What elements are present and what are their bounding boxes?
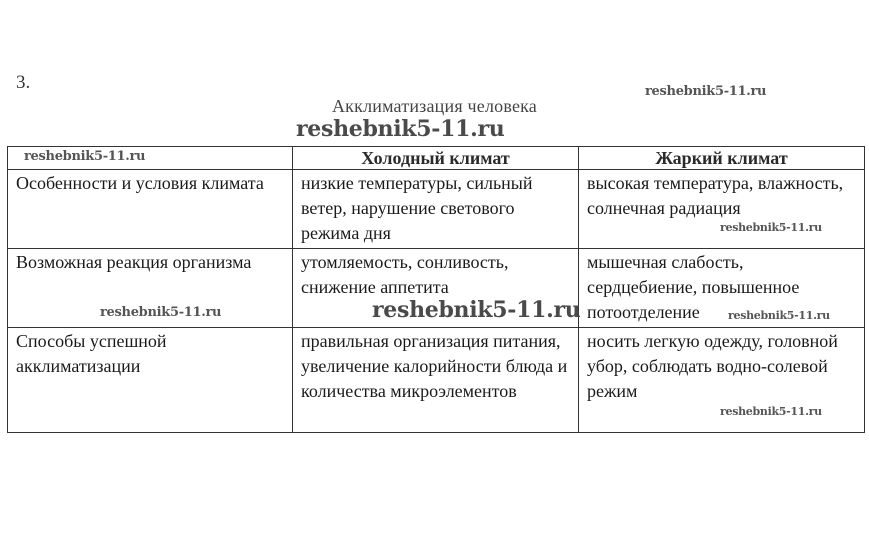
document-title: Акклиматизация человека: [0, 96, 869, 117]
watermark: reshebnik5-11.ru: [720, 221, 822, 234]
acclimatization-table: Холодный климат Жаркий климат Особенност…: [7, 146, 865, 433]
watermark: reshebnik5-11.ru: [728, 309, 830, 322]
cell-cold-climate-features: низкие температуры, сильный ветер, наруш…: [293, 170, 579, 249]
column-header-hot-climate: Жаркий климат: [579, 147, 865, 170]
column-header-cold-climate: Холодный климат: [293, 147, 579, 170]
row-label-climate-features: Особенности и условия климата: [8, 170, 293, 249]
watermark: reshebnik5-11.ru: [645, 84, 766, 99]
watermark: reshebnik5-11.ru: [720, 405, 822, 418]
table-row: Особенности и условия климата низкие тем…: [8, 170, 865, 249]
cell-cold-acclimatization-methods: правильная организация питания, увеличен…: [293, 328, 579, 433]
watermark: reshebnik5-11.ru: [296, 116, 504, 142]
watermark: reshebnik5-11.ru: [100, 305, 221, 320]
cell-hot-climate-features: высокая температура, влажность, солнечна…: [579, 170, 865, 249]
watermark: reshebnik5-11.ru: [372, 297, 580, 323]
row-label-acclimatization-methods: Способы успешной акклиматизации: [8, 328, 293, 433]
task-number: 3.: [16, 72, 30, 94]
watermark: reshebnik5-11.ru: [24, 149, 145, 164]
